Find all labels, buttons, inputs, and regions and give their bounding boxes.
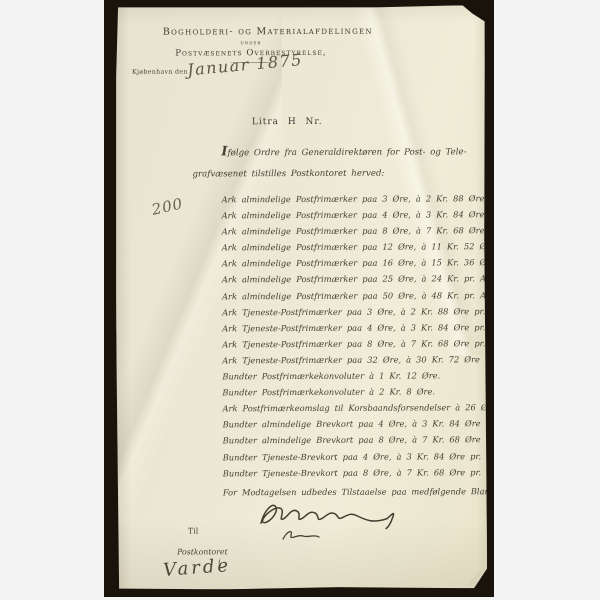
place-date-label: Kjøbenhavn den: [132, 68, 188, 75]
handwritten-place: Varde: [162, 555, 231, 581]
intro-line-2: grafvæsenet tilstilles Postkontoret herv…: [192, 169, 384, 180]
order-item: Ark Tjeneste-Postfrimærker paa 8 Øre, à …: [222, 335, 534, 352]
signature: [247, 493, 407, 552]
order-item: Ark Tjeneste-Postfrimærker paa 32 Øre, à…: [222, 351, 534, 368]
order-item: Ark almindelige Postfrimærker paa 12 Øre…: [222, 238, 534, 255]
order-item: Bundter Tjeneste-Brevkort paa 4 Øre, à 3…: [223, 447, 535, 464]
letterhead-line1: Bogholderi- og Materialafdelingen: [163, 26, 339, 38]
order-item: Ark almindelige Postfrimærker paa 25 Øre…: [222, 270, 534, 287]
document-photo: Bogholderi- og Materialafdelingen under …: [104, 0, 494, 597]
order-item: Bundter almindelige Brevkort paa 4 Øre, …: [223, 415, 535, 432]
order-item: Ark Tjeneste-Postfrimærker paa 4 Øre, à …: [222, 319, 534, 336]
order-item: Bundter Postfrimærkekonvoluter à 1 Kr. 1…: [222, 367, 534, 384]
order-item: Bundter Postfrimærkekonvoluter à 2 Kr. 8…: [222, 383, 534, 400]
page: Bogholderi- og Materialafdelingen under …: [0, 0, 600, 600]
handwritten-quantity: 200: [150, 194, 185, 218]
order-item: Ark Postfrimærkeomslag til Korsbaandsfor…: [222, 399, 534, 416]
order-item: Ark almindelige Postfrimærker paa 16 Øre…: [222, 254, 534, 271]
intro-line-1: Ifølge Ordre fra Generaldirektøren for P…: [221, 143, 466, 159]
letterhead-line2: under: [163, 40, 339, 47]
document-paper: Bogholderi- og Materialafdelingen under …: [115, 5, 488, 590]
folded-corner: [466, 570, 481, 586]
order-item: Ark almindelige Postfrimærker paa 4 Øre,…: [222, 206, 534, 223]
order-item-list: Ark almindelige Postfrimærker paa 3 Øre,…: [222, 190, 535, 481]
order-item: Ark almindelige Postfrimærker paa 8 Øre,…: [222, 222, 534, 239]
order-item: Ark Tjeneste-Postfrimærker paa 3 Øre, à …: [222, 303, 534, 320]
reference-line: Litra H Nr.: [226, 117, 348, 128]
order-item: Ark almindelige Postfrimærker paa 50 Øre…: [222, 287, 534, 304]
order-item: Ark almindelige Postfrimærker paa 3 Øre,…: [222, 190, 534, 207]
order-item: Bundter almindelige Brevkort paa 8 Øre, …: [223, 431, 535, 448]
order-item: Bundter Tjeneste-Brevkort paa 8 Øre, à 7…: [223, 464, 535, 481]
addressee-til: Til: [188, 526, 198, 535]
